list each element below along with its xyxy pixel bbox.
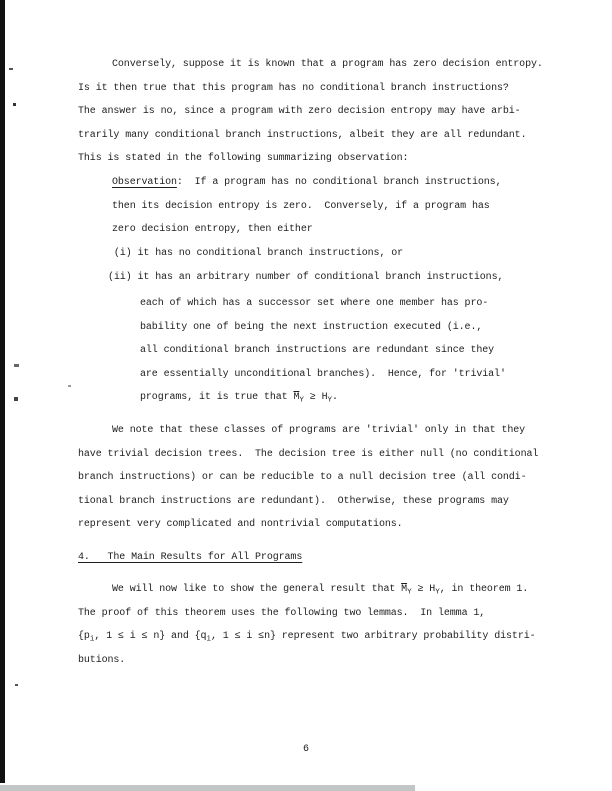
text-line: all conditional branch instructions are … bbox=[140, 339, 506, 363]
text-segment: programs, it is true that bbox=[140, 392, 293, 403]
list-item: (i) it has no conditional branch instruc… bbox=[108, 242, 503, 266]
paragraph-2: We note that these classes of programs a… bbox=[78, 419, 538, 537]
text-line-math: {pi, 1 ≤ i ≤ n} and {qi, 1 ≤ i ≤n} repre… bbox=[78, 625, 536, 649]
text-line-observation-lead: Observation: If a program has no conditi… bbox=[112, 171, 501, 195]
text-segment: , 1 ≤ i ≤n} represent two arbitrary prob… bbox=[211, 631, 536, 642]
text-line: Conversely, suppose it is known that a p… bbox=[78, 53, 543, 77]
observation-items: (i) it has no conditional branch instruc… bbox=[108, 242, 503, 289]
text-line: butions. bbox=[78, 649, 536, 673]
scan-artifact bbox=[9, 68, 13, 70]
math-relation-geq: ≥ bbox=[412, 584, 430, 595]
text-line: Is it then true that this program has no… bbox=[78, 77, 543, 101]
text-segment: . bbox=[332, 392, 338, 403]
text-segment: : If a program has no conditional branch… bbox=[177, 177, 502, 188]
scan-artifact bbox=[13, 103, 16, 106]
list-item: (ii) it has an arbitrary number of condi… bbox=[108, 266, 503, 290]
text-segment: We will now like to show the general res… bbox=[112, 584, 401, 595]
observation-subblock: each of which has a successor set where … bbox=[140, 292, 506, 410]
scan-artifact bbox=[14, 397, 18, 401]
text-line: bability one of being the next instructi… bbox=[140, 316, 506, 340]
text-line: each of which has a successor set where … bbox=[140, 292, 506, 316]
scan-artifact bbox=[14, 364, 19, 367]
observation-block: Observation: If a program has no conditi… bbox=[112, 171, 501, 242]
scan-bottom-strip bbox=[0, 785, 415, 791]
paragraph-1: Conversely, suppose it is known that a p… bbox=[78, 53, 543, 171]
text-line: We note that these classes of programs a… bbox=[78, 419, 538, 443]
section-heading: 4. The Main Results for All Programs bbox=[78, 552, 302, 563]
text-line: This is stated in the following summariz… bbox=[78, 147, 543, 171]
text-line: are essentially unconditional branches).… bbox=[140, 363, 506, 387]
text-line: then its decision entropy is zero. Conve… bbox=[112, 195, 501, 219]
text-line-math: We will now like to show the general res… bbox=[78, 578, 536, 602]
text-segment: {p bbox=[78, 631, 90, 642]
scan-artifact bbox=[68, 385, 71, 387]
text-line-math: programs, it is true that MY ≥ HY. bbox=[140, 386, 506, 410]
text-line: trarily many conditional branch instruct… bbox=[78, 124, 543, 148]
text-line: The proof of this theorem uses the follo… bbox=[78, 602, 536, 626]
text-segment: , in theorem 1. bbox=[440, 584, 529, 595]
scan-edge-bar bbox=[0, 0, 5, 783]
text-line: represent very complicated and nontrivia… bbox=[78, 513, 538, 537]
page-number: 6 bbox=[0, 738, 612, 762]
text-line: tional branch instructions are redundant… bbox=[78, 490, 538, 514]
paragraph-3: We will now like to show the general res… bbox=[78, 578, 536, 672]
text-segment: , 1 ≤ i ≤ n} and {q bbox=[94, 631, 206, 642]
text-line: zero decision entropy, then either bbox=[112, 218, 501, 242]
text-line: The answer is no, since a program with z… bbox=[78, 100, 543, 124]
text-line: have trivial decision trees. The decisio… bbox=[78, 443, 538, 467]
observation-label: Observation bbox=[112, 177, 177, 188]
section-heading-block: 4. The Main Results for All Programs bbox=[78, 546, 302, 570]
math-relation-geq: ≥ bbox=[304, 392, 322, 403]
scan-artifact bbox=[15, 684, 18, 686]
text-line: branch instructions) or can be reducible… bbox=[78, 466, 538, 490]
